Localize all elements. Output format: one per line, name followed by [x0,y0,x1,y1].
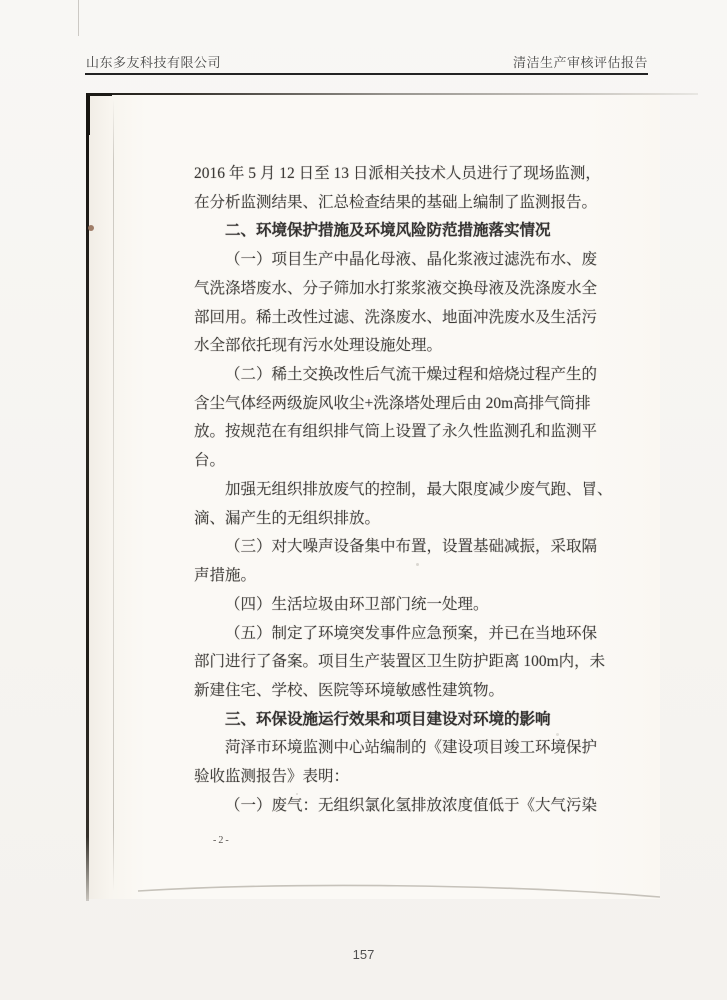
scan-left-edge [86,93,89,901]
header-report-title: 清洁生产审核评估报告 [513,52,648,71]
paragraph: （四）生活垃圾由环卫部门统一处理。 [194,591,632,620]
section-heading: 三、环保设施运行效果和项目建设对环境的影响 [194,706,632,735]
section-heading: 二、环境保护措施及环境风险防范措施落实情况 [194,217,632,246]
paragraph: 菏泽市环境监测中心站编制的《建设项目竣工环境保护 验收监测报告》表明： [194,734,632,791]
scan-speck [88,225,94,231]
scan-corner-mark [86,93,112,135]
pdf-page: 山东多友科技有限公司 清洁生产审核评估报告 2016 年 5 月 12 日至 1… [0,0,727,1000]
scan-page-number: -2- [213,835,231,846]
header-company-name: 山东多友科技有限公司 [86,52,221,71]
scan-top-edge [86,93,698,95]
document-header: 山东多友科技有限公司 清洁生产审核评估报告 [86,52,648,71]
header-rule [85,73,648,75]
paragraph: 2016 年 5 月 12 日至 13 日派相关技术人员进行了现场监测， 在分析… [194,160,632,217]
paragraph: （一）项目生产中晶化母液、晶化浆液过滤洗布水、废 气洗涤塔废水、分子筛加水打浆浆… [194,246,632,361]
scan-crease-line [113,99,114,891]
paragraph: （一）废气：无组织氯化氢排放浓度值低于《大气污染 [194,792,632,821]
footer-page-number: 157 [0,947,727,962]
document-body: 2016 年 5 月 12 日至 13 日派相关技术人员进行了现场监测， 在分析… [194,160,632,821]
scan-bottom-edge [86,879,660,905]
paragraph: （五）制定了环境突发事件应急预案，并已在当地环保 部门进行了备案。项目生产装置区… [194,620,632,706]
paragraph: 加强无组织排放废气的控制，最大限度减少废气跑、冒、 滴、漏产生的无组织排放。 [194,476,632,533]
paragraph: （三）对大噪声设备集中布置，设置基础减振，采取隔 声措施。 [194,533,632,590]
scanned-page-image: 2016 年 5 月 12 日至 13 日派相关技术人员进行了现场监测， 在分析… [86,93,660,899]
scan-artifact-line [78,0,79,36]
paragraph: （二）稀土交换改性后气流干燥过程和焙烧过程产生的 含尘气体经两级旋风收尘+洗涤塔… [194,361,632,476]
